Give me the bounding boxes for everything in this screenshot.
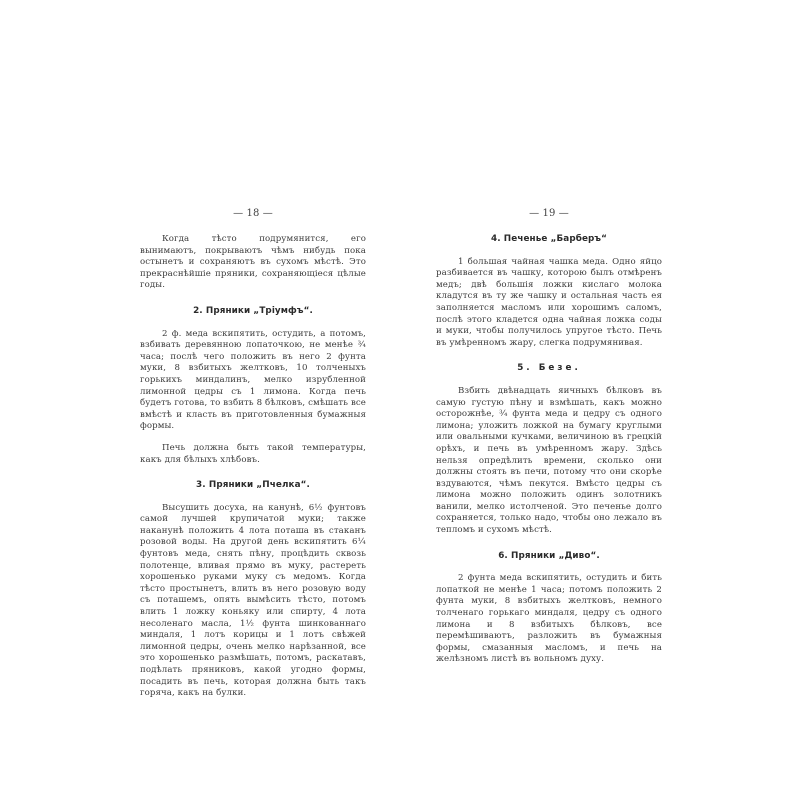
recipe-heading-beze: 5. Безе. [436, 363, 662, 375]
paragraph: 1 большая чайная чашка меда. Одно яйцо р… [436, 257, 662, 350]
paragraph: Печь должна быть такой температуры, какъ… [140, 443, 366, 466]
recipe-heading-barber: 4. Печенье „Барберъ“ [436, 234, 662, 246]
page-number-right: — 19 — [436, 208, 662, 224]
paragraph: 2 фунта меда вскипятить, остудить и бить… [436, 573, 662, 666]
recipe-heading-divo: 6. Пряники „Диво“. [436, 551, 662, 563]
paragraph: Когда тѣсто подрумянится, его вынимаютъ,… [140, 234, 366, 292]
left-page: — 18 — Когда тѣсто подрумянится, его вын… [140, 208, 366, 710]
recipe-heading-triumph: 2. Пряники „Трiумфъ“. [140, 306, 366, 318]
right-page: — 19 — 4. Печенье „Барберъ“ 1 большая ча… [436, 208, 662, 676]
paragraph: Высушить досуха, на канунѣ, 6½ фунтовъ с… [140, 503, 366, 700]
paragraph: Взбить двѣнадцать яичныхъ бѣлковъ въ сам… [436, 386, 662, 537]
page-number-left: — 18 — [140, 208, 366, 224]
paragraph: 2 ф. меда вскипятить, остудить, а потомъ… [140, 329, 366, 433]
recipe-heading-pchelka: 3. Пряники „Пчелка“. [140, 480, 366, 492]
